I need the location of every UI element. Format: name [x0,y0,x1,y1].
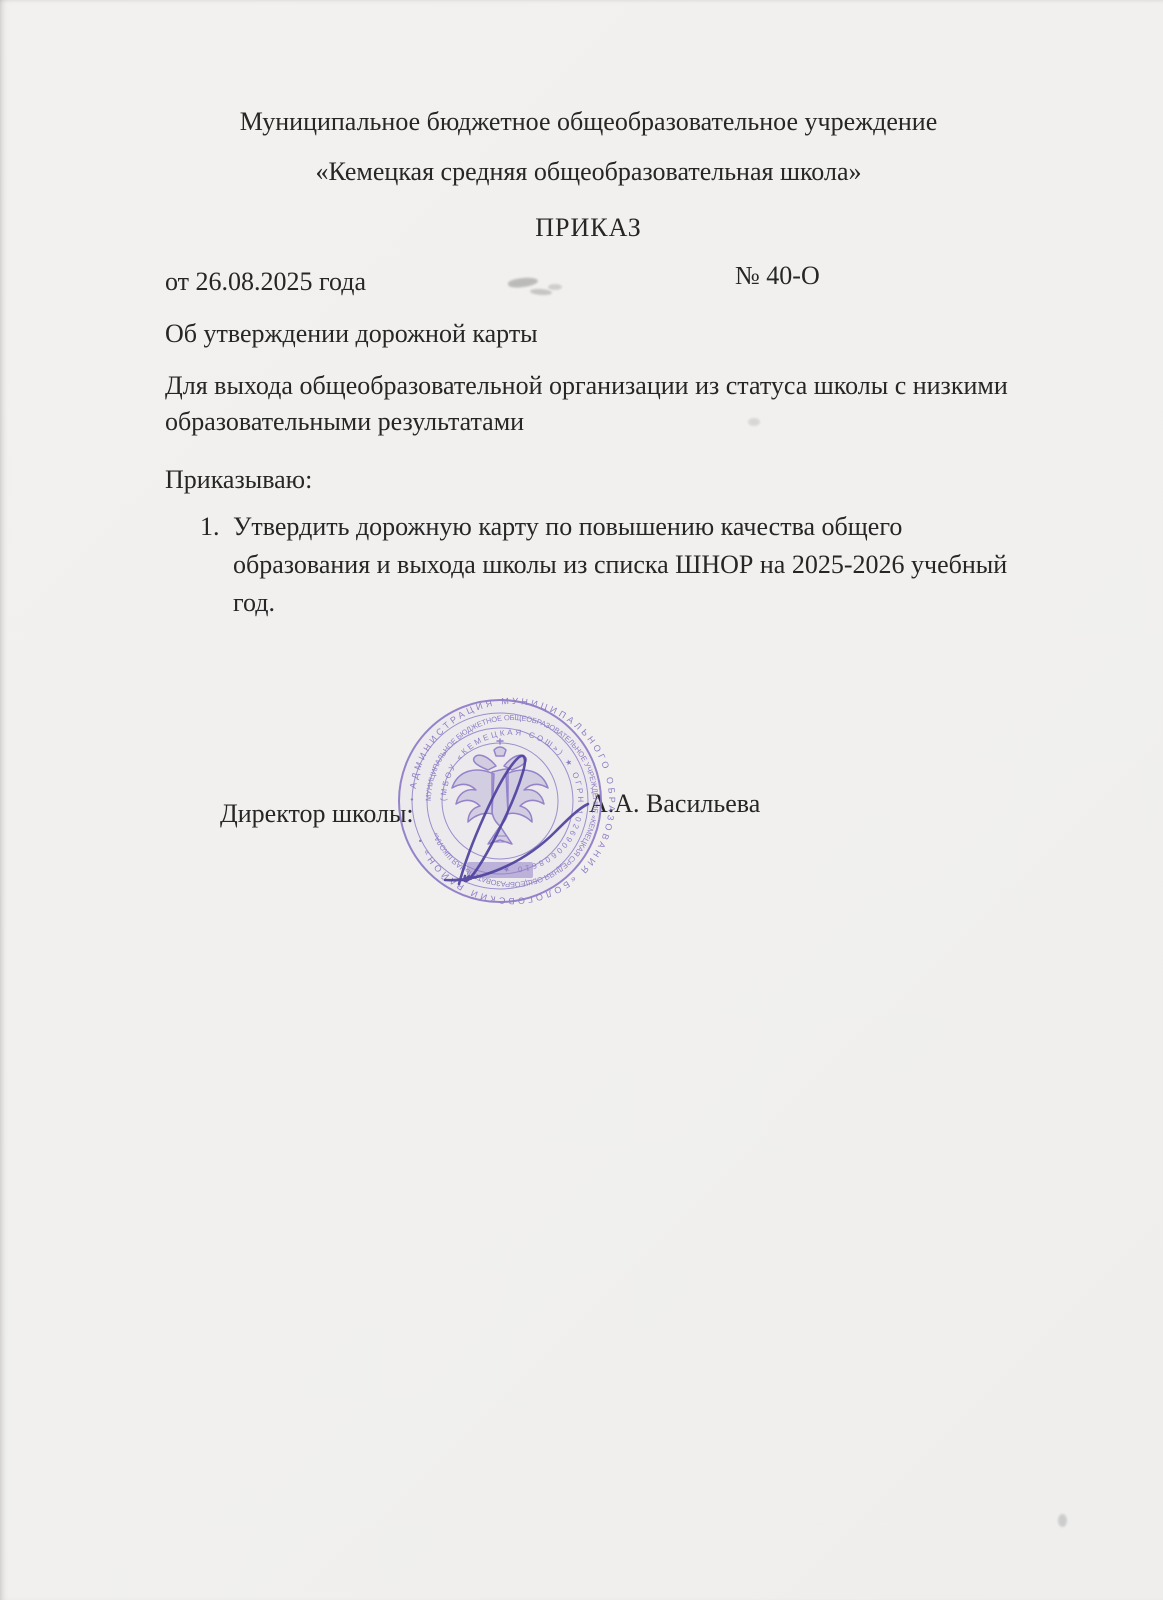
stamp-bottom-banner [467,862,533,878]
subject-title: Об утверждении дорожной карты [165,316,1012,352]
order-lead: Приказываю: [165,462,1012,498]
scan-smudge [748,418,760,426]
stamp-ring-circle-2 [427,728,573,874]
scan-smudge [548,284,562,290]
document-type-title: ПРИКАЗ [165,210,1012,246]
stamp-outer-circle [399,700,601,902]
stamp-inner-ring-text: (МБОУ «КЕМЕЦКАЯ СОШ») ★ ОГРН 10269006086… [439,728,585,874]
order-item-text: Утвердить дорожную карту по повышению ка… [233,508,1012,622]
scan-smudge [1058,1514,1067,1527]
signer-role-label: Директор школы: [220,796,414,832]
double-headed-eagle-icon [452,739,548,844]
org-name-line1: Муниципальное бюджетное общеобразователь… [165,104,1012,140]
document-page: Муниципальное бюджетное общеобразователь… [0,0,1163,1600]
signature-block: Директор школы: А.А. Васильева [165,686,1012,966]
document-date: от 26.08.2025 года [165,267,366,296]
org-name-line2: «Кемецкая средняя общеобразовательная шк… [165,154,1012,190]
order-item: 1. Утвердить дорожную карту по повышению… [165,508,1012,622]
signer-name: А.А. Васильева [589,786,760,822]
stamp-ring-circle-1 [412,713,588,889]
stamp-ring-circle-3 [442,743,558,859]
stamp-outer-ring-text: • АДМИНИСТРАЦИЯ МУНИЦИПАЛЬНОГО ОБРАЗОВАН… [407,696,617,906]
order-item-number: 1. [200,508,233,622]
document-content: Муниципальное бюджетное общеобразователь… [0,0,1163,966]
signature-ink [445,756,588,884]
document-number: № 40-О [735,258,820,294]
stamp-middle-ring-text: МУНИЦИПАЛЬНОЕ БЮДЖЕТНОЕ ОБЩЕОБРАЗОВАТЕЛЬ… [424,713,600,889]
date-number-row: от 26.08.2025 года № 40-О [165,264,1012,300]
subject-description: Для выхода общеобразовательной организац… [165,368,1012,440]
